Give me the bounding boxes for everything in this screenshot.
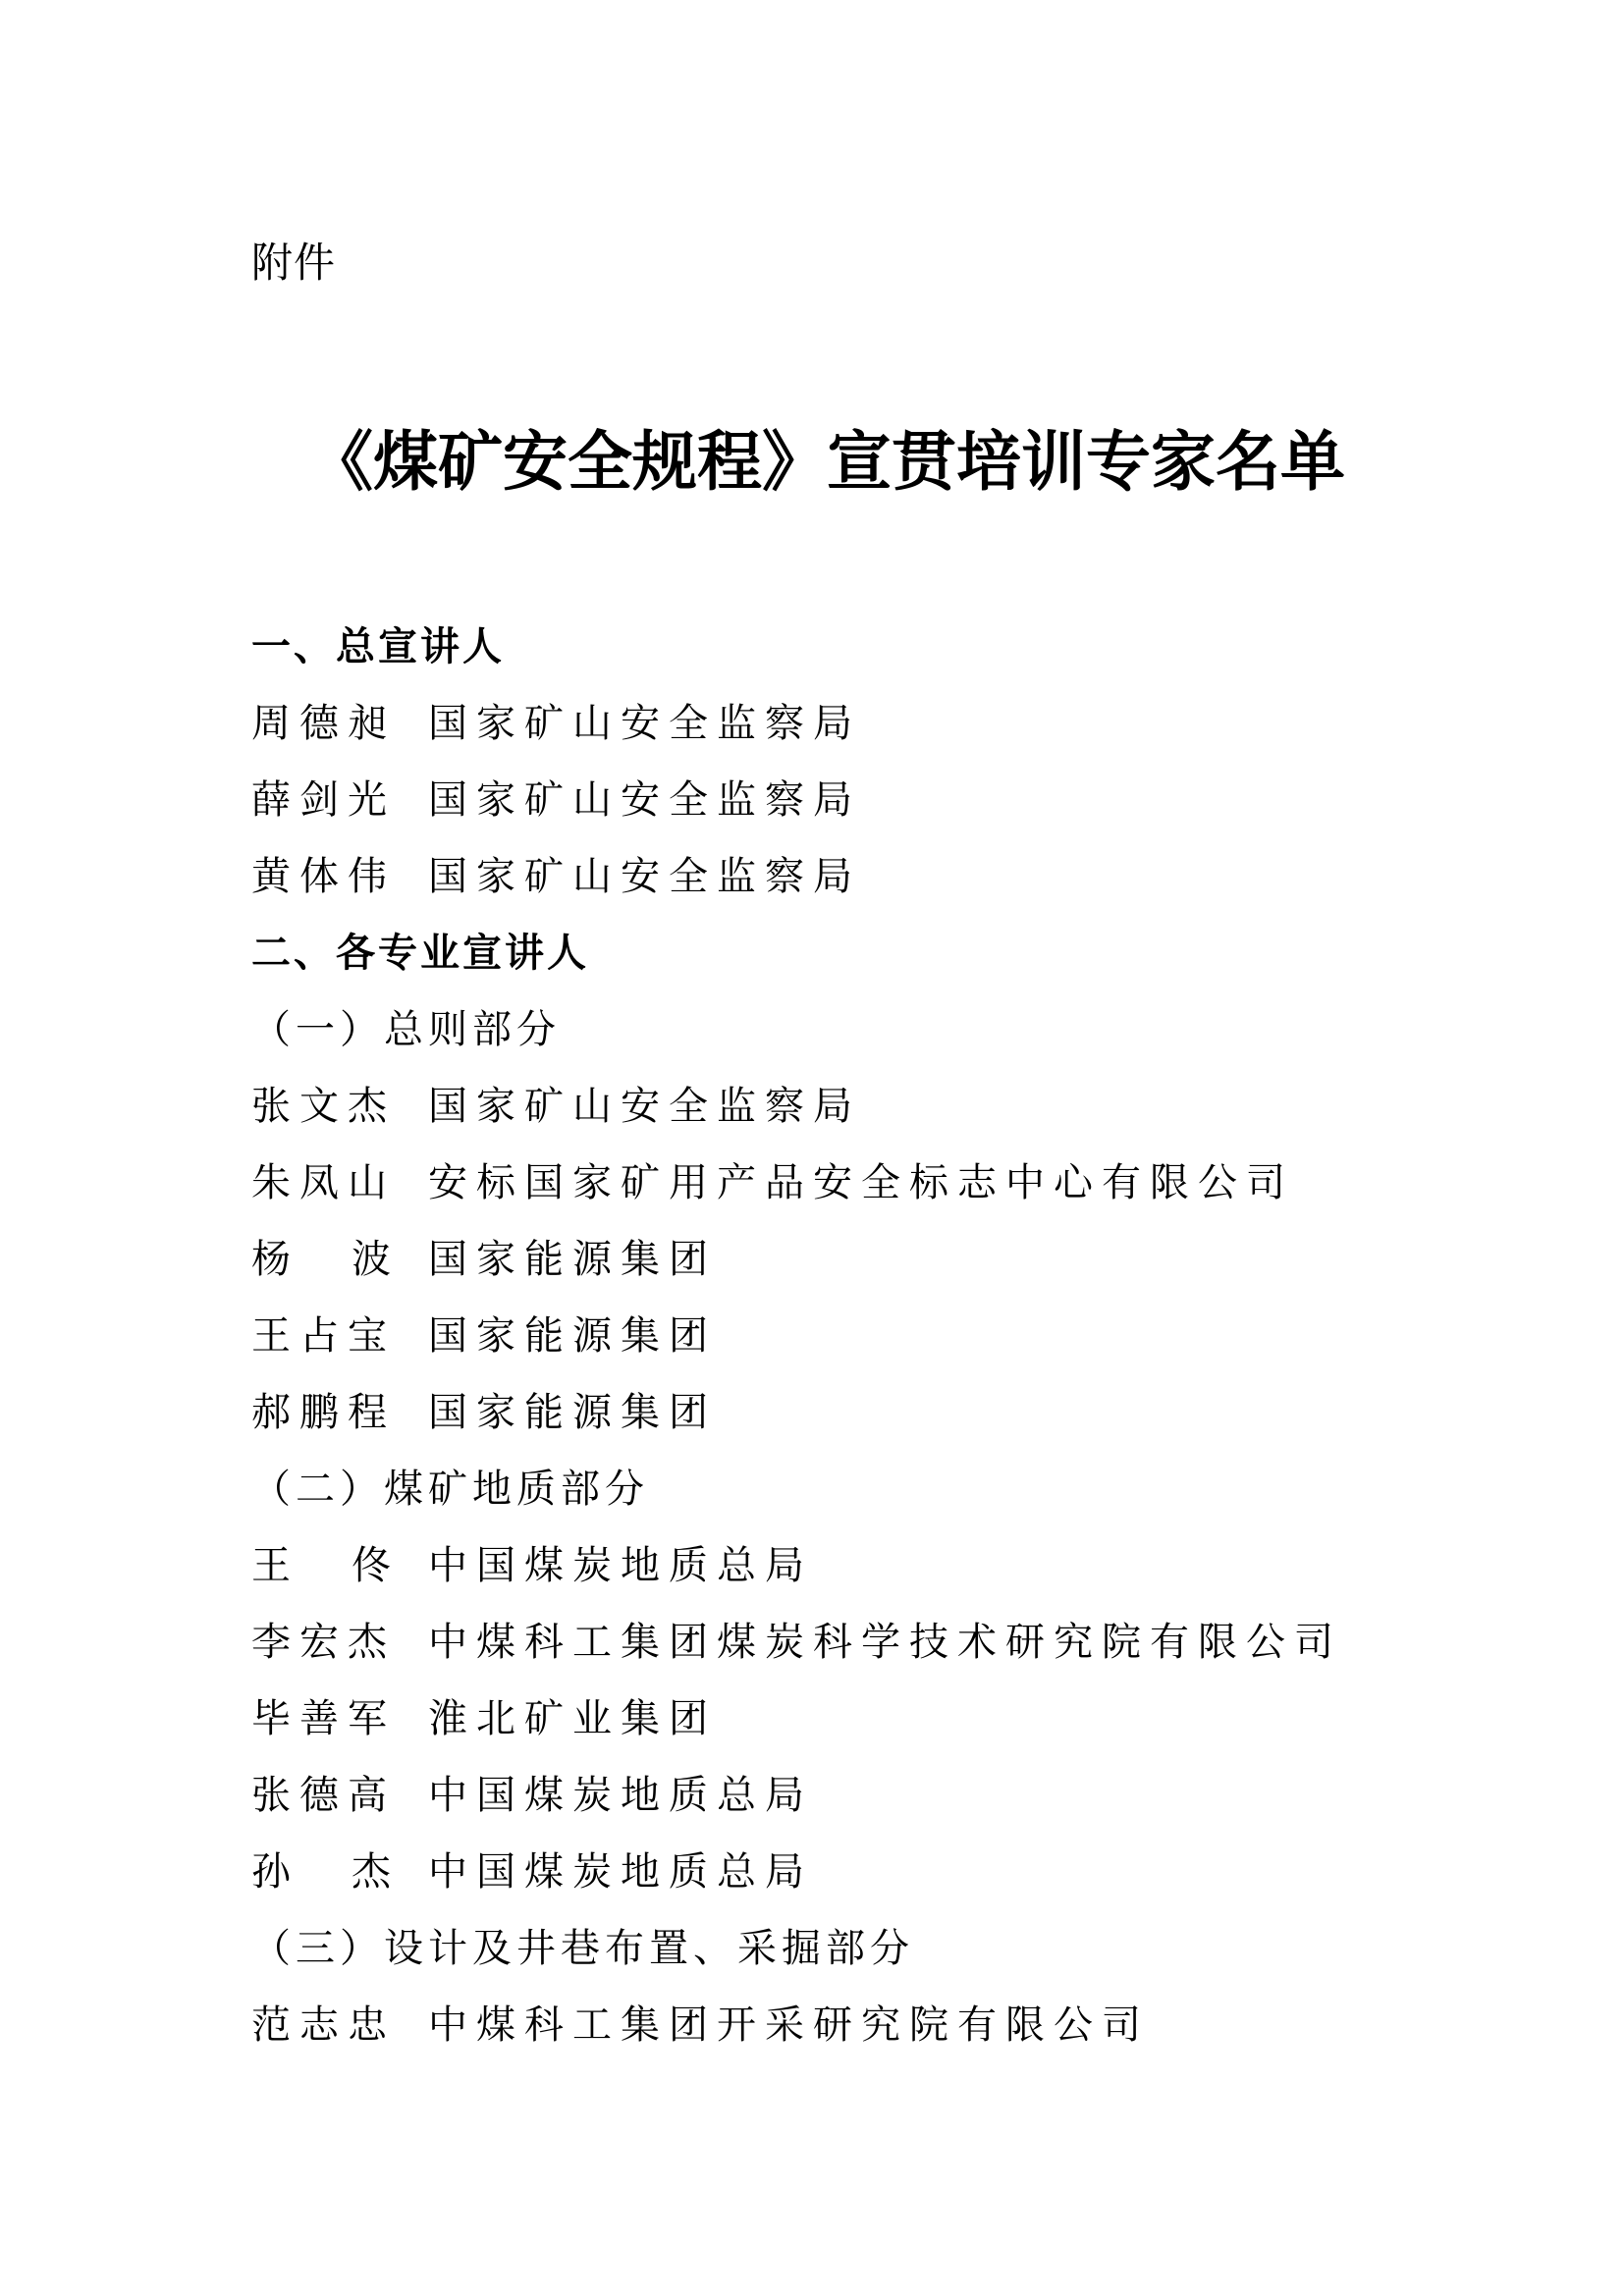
person-org: 中煤科工集团开采研究院有限公司 <box>428 1987 1150 2063</box>
document-page: 附件 《煤矿安全规程》宣贯培训专家名单 一、总宣讲人 周德昶国家矿山安全监察局 … <box>0 0 1624 2296</box>
section-heading: 二、各专业宣讲人 <box>251 915 1430 991</box>
person-name: 朱凤山 <box>251 1145 428 1221</box>
person-name: 王佟 <box>251 1527 428 1604</box>
person-org: 淮北矿业集团 <box>428 1681 717 1757</box>
subsection-heading: （二）煤矿地质部分 <box>251 1451 1430 1527</box>
person-org: 国家能源集团 <box>428 1221 717 1298</box>
list-item: 张文杰国家矿山安全监察局 <box>251 1068 1430 1145</box>
person-org: 安标国家矿用产品安全标志中心有限公司 <box>428 1145 1294 1221</box>
person-org: 国家能源集团 <box>428 1298 717 1374</box>
list-item: 杨波国家能源集团 <box>251 1221 1430 1298</box>
person-name: 孙杰 <box>251 1834 428 1910</box>
person-name: 张文杰 <box>251 1068 428 1145</box>
list-item: 范志忠中煤科工集团开采研究院有限公司 <box>251 1987 1430 2063</box>
person-name: 薛剑光 <box>251 762 428 838</box>
person-name: 范志忠 <box>251 1987 428 2063</box>
subsection-heading: （一）总则部分 <box>251 991 1430 1068</box>
person-org: 中国煤炭地质总局 <box>428 1757 813 1834</box>
subsection-heading: （三）设计及井巷布置、采掘部分 <box>251 1910 1430 1987</box>
attachment-label: 附件 <box>251 236 336 291</box>
person-org: 国家矿山安全监察局 <box>428 762 861 838</box>
section-heading: 一、总宣讲人 <box>251 609 1430 685</box>
person-name: 黄体伟 <box>251 838 428 915</box>
person-org: 国家能源集团 <box>428 1374 717 1451</box>
person-org: 中国煤炭地质总局 <box>428 1834 813 1910</box>
person-org: 国家矿山安全监察局 <box>428 685 861 762</box>
expert-list: 一、总宣讲人 周德昶国家矿山安全监察局 薛剑光国家矿山安全监察局 黄体伟国家矿山… <box>251 609 1430 2063</box>
list-item: 王佟中国煤炭地质总局 <box>251 1527 1430 1604</box>
person-org: 中煤科工集团煤炭科学技术研究院有限公司 <box>428 1604 1342 1681</box>
person-org: 国家矿山安全监察局 <box>428 838 861 915</box>
person-name: 张德高 <box>251 1757 428 1834</box>
list-item: 李宏杰中煤科工集团煤炭科学技术研究院有限公司 <box>251 1604 1430 1681</box>
list-item: 黄体伟国家矿山安全监察局 <box>251 838 1430 915</box>
document-title: 《煤矿安全规程》宣贯培训专家名单 <box>0 420 1624 503</box>
person-name: 杨波 <box>251 1221 428 1298</box>
person-name: 周德昶 <box>251 685 428 762</box>
list-item: 王占宝国家能源集团 <box>251 1298 1430 1374</box>
list-item: 郝鹏程国家能源集团 <box>251 1374 1430 1451</box>
person-org: 国家矿山安全监察局 <box>428 1068 861 1145</box>
person-name: 王占宝 <box>251 1298 428 1374</box>
person-org: 中国煤炭地质总局 <box>428 1527 813 1604</box>
list-item: 朱凤山安标国家矿用产品安全标志中心有限公司 <box>251 1145 1430 1221</box>
person-name: 郝鹏程 <box>251 1374 428 1451</box>
list-item: 张德高中国煤炭地质总局 <box>251 1757 1430 1834</box>
list-item: 孙杰中国煤炭地质总局 <box>251 1834 1430 1910</box>
list-item: 薛剑光国家矿山安全监察局 <box>251 762 1430 838</box>
person-name: 毕善军 <box>251 1681 428 1757</box>
list-item: 毕善军淮北矿业集团 <box>251 1681 1430 1757</box>
person-name: 李宏杰 <box>251 1604 428 1681</box>
list-item: 周德昶国家矿山安全监察局 <box>251 685 1430 762</box>
